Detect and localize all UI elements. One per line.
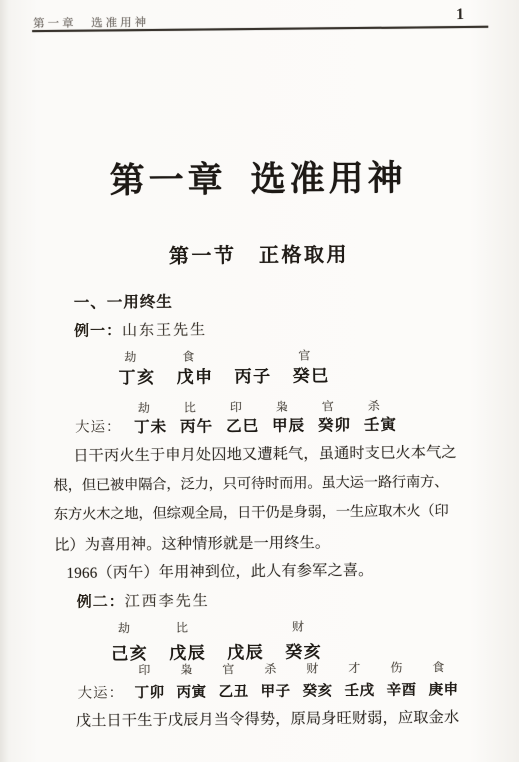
page-number: 1 xyxy=(456,6,464,24)
dayun-pillar: 壬戌 xyxy=(344,679,375,700)
analysis-line: 东方火木之地，但综观全局，日干仍是身弱，一生应取木火（印 xyxy=(54,500,456,533)
ten-god-label: 杀 xyxy=(260,660,291,677)
dayun-prefix: 大运： xyxy=(75,415,121,437)
dayun-pillar: 壬寅 xyxy=(364,413,397,435)
ten-god-label: 劫 xyxy=(134,399,167,416)
ten-god-label: 官 xyxy=(318,397,351,414)
example2-pillar-labels: 劫 比 财 xyxy=(113,617,324,636)
example1-dayun-row: 大运： 丁未 丙午 乙巳 甲辰 癸卯 壬寅 xyxy=(75,413,397,438)
dayun-label-spacer xyxy=(77,661,123,678)
dayun-pillar: 癸亥 xyxy=(302,679,333,700)
ten-god-label: 才 xyxy=(344,659,375,676)
ten-god-label: 印 xyxy=(226,398,259,415)
chapter-number: 第一章 xyxy=(109,160,226,200)
example2-dayun-row: 大运： 丁卯 丙寅 乙丑 甲子 癸亥 壬戌 辛酉 庚申 xyxy=(77,678,459,703)
analysis-line: 根，但已被申隔合，泛力，只可待时而用。虽大运一路行南方、 xyxy=(53,471,455,504)
dayun-pillar: 甲辰 xyxy=(272,414,305,436)
ten-god-label xyxy=(229,618,266,635)
ten-god-label: 杀 xyxy=(364,397,397,414)
analysis-line: 日干丙火生于申月处囚地又遭耗气，虽通时支巳火本气之 xyxy=(53,441,455,474)
subsection-heading: 一、一用终生 xyxy=(74,290,173,313)
dayun-pillar: 癸卯 xyxy=(318,413,351,435)
pillar: 癸巳 xyxy=(292,361,329,386)
dayun-prefix: 大运： xyxy=(77,681,123,702)
dayun-pillar: 丙午 xyxy=(180,414,213,436)
analysis-line: 戊土日干生于戊辰月当令得势，原局身旺财弱，应取金水 xyxy=(56,706,458,739)
example2-analysis: 戊土日干生于戊辰月当令得势，原局身旺财弱，应取金水 xyxy=(56,706,458,739)
example2-name: 江西李先生 xyxy=(125,593,210,610)
example1-note: 1966（丙午）年用神到位，此人有参军之喜。 xyxy=(54,558,456,591)
ten-god-label: 食 xyxy=(428,658,459,675)
book-page: 第一章 选准用神 1 第一章选准用神 第一节 正格取用 一、一用终生 例一：山东… xyxy=(0,0,519,762)
example1-label: 例一： xyxy=(74,323,122,339)
dayun-pillar: 乙巳 xyxy=(226,414,259,436)
ten-god-label: 枭 xyxy=(176,661,207,678)
dayun-pillar: 甲子 xyxy=(260,680,291,701)
ten-god-label: 比 xyxy=(180,398,213,415)
note-line: 1966（丙午）年用神到位，此人有参军之喜。 xyxy=(54,558,456,591)
dayun-pillar: 丙寅 xyxy=(176,681,207,702)
chapter-name: 选准用神 xyxy=(250,159,406,199)
dayun-label-spacer xyxy=(75,399,121,416)
ten-god-label: 财 xyxy=(302,659,333,676)
example1-name: 山东王先生 xyxy=(122,323,207,340)
dayun-pillar: 乙丑 xyxy=(218,680,249,701)
dayun-pillar: 庚申 xyxy=(428,678,459,699)
example1-analysis: 日干丙火生于申月处囚地又遭耗气，虽通时支巳火本气之 根，但已被申隔合，泛力，只可… xyxy=(53,441,456,563)
ten-god-label: 比 xyxy=(171,619,208,636)
ten-god-label: 印 xyxy=(134,661,165,678)
ten-god-label: 官 xyxy=(218,660,249,677)
example2-dayun-labels: 印 枭 官 杀 财 才 伤 食 xyxy=(77,658,459,679)
ten-god-label: 财 xyxy=(287,617,324,634)
pillar: 丁亥 xyxy=(118,363,155,388)
example1-pillars: 丁亥 戊申 丙子 癸巳 xyxy=(118,361,329,388)
chapter-title: 第一章选准用神 xyxy=(0,150,518,205)
ten-god-label: 劫 xyxy=(113,619,150,636)
dayun-pillar: 丁卯 xyxy=(134,681,165,702)
example1-intro: 例一：山东王先生 xyxy=(74,319,207,341)
scan-tilt-wrapper: 第一章 选准用神 1 第一章选准用神 第一节 正格取用 一、一用终生 例一：山东… xyxy=(0,0,519,762)
section-title: 第一节 正格取用 xyxy=(0,237,518,271)
dayun-pillar: 辛酉 xyxy=(386,679,417,700)
ten-god-label: 枭 xyxy=(272,398,305,415)
pillar: 戊申 xyxy=(176,362,213,387)
ten-god-label: 伤 xyxy=(386,659,417,676)
dayun-pillar: 丁未 xyxy=(134,415,167,437)
pillar: 丙子 xyxy=(234,362,271,387)
example2-label: 例二： xyxy=(77,594,125,610)
example2-intro: 例二：江西李先生 xyxy=(77,589,210,611)
